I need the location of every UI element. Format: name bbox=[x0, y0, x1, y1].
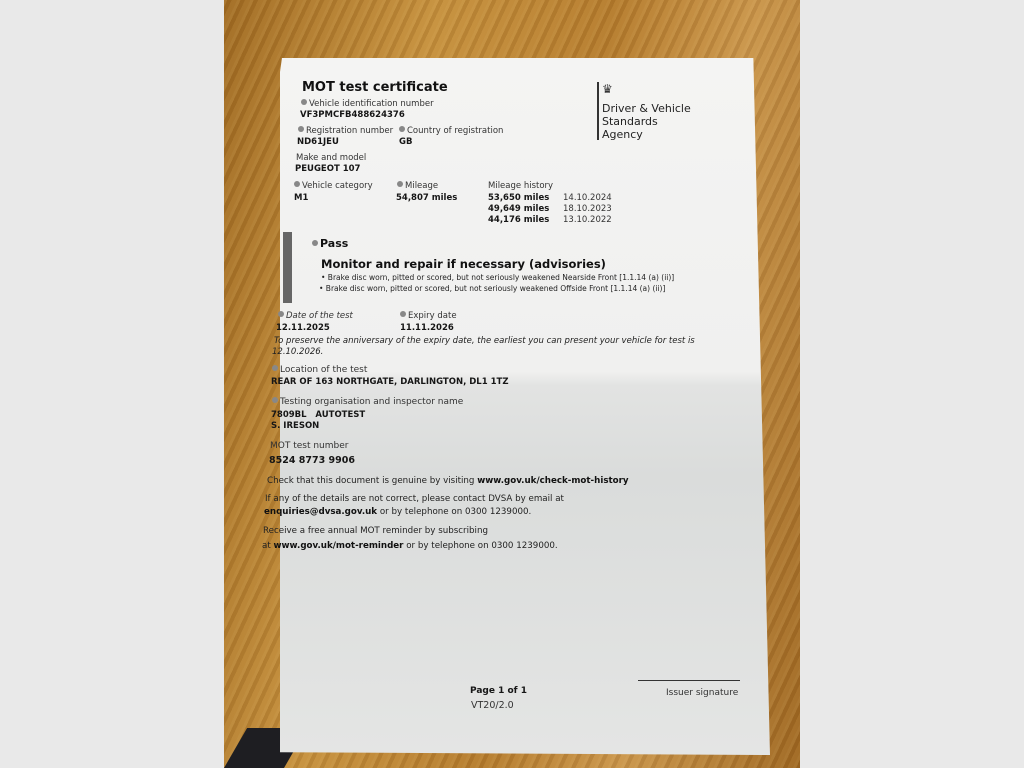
field-number-icon bbox=[272, 397, 278, 403]
location-label: Location of the test bbox=[272, 365, 367, 375]
inspector-name: S. IRESON bbox=[271, 421, 319, 431]
history-miles-2: 44,176 miles bbox=[488, 215, 549, 225]
contact-text: If any of the details are not correct, p… bbox=[265, 494, 564, 504]
field-number-icon bbox=[399, 126, 405, 132]
history-date-2: 13.10.2022 bbox=[563, 215, 612, 225]
advisory-item: • Brake disc worn, pitted or scored, but… bbox=[319, 284, 665, 293]
registration-label: Registration number bbox=[298, 126, 393, 136]
field-number-icon bbox=[278, 311, 284, 317]
expiry-date-value: 11.11.2026 bbox=[400, 323, 454, 333]
test-date-label: Date of the test bbox=[278, 311, 353, 321]
mileage-history-label: Mileage history bbox=[488, 181, 553, 191]
vin-label: Vehicle identification number bbox=[301, 99, 434, 109]
logo-divider bbox=[597, 82, 599, 140]
field-number-icon bbox=[312, 240, 318, 246]
mot-reminder-link[interactable]: www.gov.uk/mot-reminder bbox=[274, 541, 404, 551]
field-number-icon bbox=[272, 365, 278, 371]
signature-line bbox=[638, 680, 740, 681]
test-number-label: MOT test number bbox=[270, 441, 348, 451]
history-miles-1: 49,649 miles bbox=[488, 204, 549, 214]
contact-email-link[interactable]: enquiries@dvsa.gov.uk bbox=[264, 507, 377, 517]
category-label: Vehicle category bbox=[294, 181, 373, 191]
mileage-label: Mileage bbox=[397, 181, 438, 191]
field-number-icon bbox=[298, 126, 304, 132]
check-genuine-text: Check that this document is genuine by v… bbox=[267, 476, 629, 486]
advisories-heading: Monitor and repair if necessary (advisor… bbox=[321, 257, 606, 271]
category-value: M1 bbox=[294, 193, 308, 203]
test-result: Pass bbox=[312, 237, 348, 250]
anniversary-date: 12.10.2026. bbox=[272, 347, 323, 357]
make-model-value: PEUGEOT 107 bbox=[295, 164, 360, 174]
location-value: REAR OF 163 NORTHGATE, DARLINGTON, DL1 1… bbox=[271, 377, 508, 387]
testing-org-value: 7809BL AUTOTEST bbox=[271, 410, 365, 420]
mileage-value: 54,807 miles bbox=[396, 193, 457, 203]
form-code: VT20/2.0 bbox=[471, 700, 514, 711]
document-title: MOT test certificate bbox=[302, 80, 448, 95]
result-bar bbox=[283, 232, 292, 303]
contact-text-2: enquiries@dvsa.gov.uk or by telephone on… bbox=[264, 507, 531, 517]
history-date-0: 14.10.2024 bbox=[563, 193, 612, 203]
test-number-value: 8524 8773 9906 bbox=[269, 455, 355, 466]
country-value: GB bbox=[399, 137, 412, 147]
agency-line-1: Driver & Vehicle bbox=[602, 102, 691, 115]
country-label: Country of registration bbox=[399, 126, 503, 136]
anniversary-note: To preserve the anniversary of the expir… bbox=[274, 336, 695, 346]
field-number-icon bbox=[301, 99, 307, 105]
history-date-1: 18.10.2023 bbox=[563, 204, 612, 214]
check-mot-link[interactable]: www.gov.uk/check-mot-history bbox=[477, 476, 628, 486]
agency-line-2: Standards bbox=[602, 115, 691, 128]
field-number-icon bbox=[294, 181, 300, 187]
reminder-text-2: at www.gov.uk/mot-reminder or by telepho… bbox=[262, 541, 558, 551]
issuer-signature-label: Issuer signature bbox=[666, 688, 738, 698]
page-number: Page 1 of 1 bbox=[470, 686, 527, 696]
advisory-item: • Brake disc worn, pitted or scored, but… bbox=[321, 273, 674, 282]
field-number-icon bbox=[397, 181, 403, 187]
field-number-icon bbox=[400, 311, 406, 317]
registration-value: ND61JEU bbox=[297, 137, 339, 147]
make-model-label: Make and model bbox=[296, 153, 366, 163]
agency-line-3: Agency bbox=[602, 128, 691, 141]
testing-org-label: Testing organisation and inspector name bbox=[272, 397, 463, 407]
royal-crest-icon: ♛ bbox=[602, 82, 613, 96]
history-miles-0: 53,650 miles bbox=[488, 193, 549, 203]
agency-logo: Driver & Vehicle Standards Agency bbox=[602, 102, 691, 141]
expiry-date-label: Expiry date bbox=[400, 311, 457, 321]
reminder-text: Receive a free annual MOT reminder by su… bbox=[263, 526, 488, 536]
vin-value: VF3PMCFB488624376 bbox=[300, 110, 405, 120]
test-date-value: 12.11.2025 bbox=[276, 323, 330, 333]
